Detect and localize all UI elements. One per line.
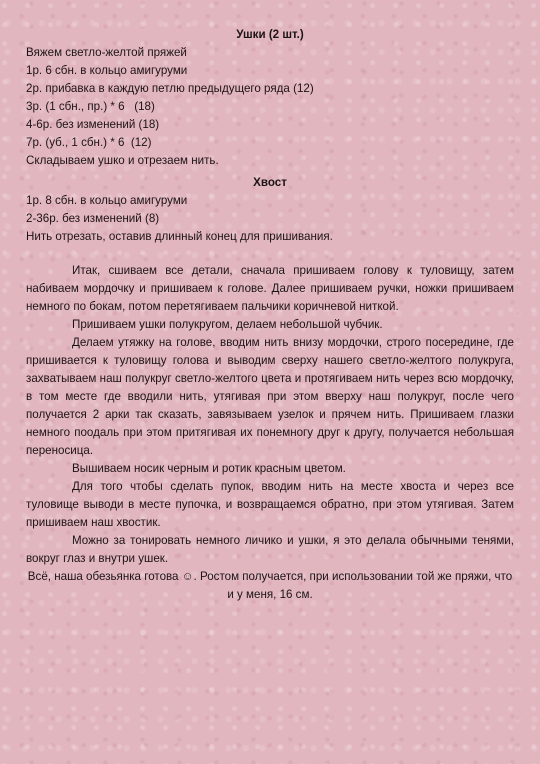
assembly-section: Итак, сшиваем все детали, сначала пришив… [26, 262, 514, 604]
assembly-paragraph: Для того чтобы сделать пупок, вводим нит… [26, 478, 514, 532]
tail-title: Хвост [26, 174, 514, 192]
assembly-paragraph: Пришиваем ушки полукругом, делаем неболь… [26, 316, 514, 334]
tail-line: 2-36р. без изменений (8) [26, 210, 514, 228]
ears-line: 2р. прибавка в каждую петлю предыдущего … [26, 80, 514, 98]
tail-line: 1р. 8 сбн. в кольцо амигуруми [26, 192, 514, 210]
tail-line: Нить отрезать, оставив длинный конец для… [26, 228, 514, 246]
assembly-paragraph: Можно за тонировать немного личико и ушк… [26, 532, 514, 568]
closing-paragraph: Всё, наша обезьянка готова ☺. Ростом пол… [26, 568, 514, 604]
ears-line: 3р. (1 сбн., пр.) * 6 (18) [26, 98, 514, 116]
tail-section: Хвост 1р. 8 сбн. в кольцо амигуруми 2-36… [26, 174, 514, 246]
assembly-paragraph: Вышиваем носик черным и ротик красным цв… [26, 460, 514, 478]
ears-section: Ушки (2 шт.) Вяжем светло-желтой пряжей … [26, 26, 514, 170]
ears-line: 4-6р. без изменений (18) [26, 116, 514, 134]
assembly-paragraph: Итак, сшиваем все детали, сначала пришив… [26, 262, 514, 316]
ears-line: 7р. (уб., 1 сбн.) * 6 (12) [26, 134, 514, 152]
document-page: Ушки (2 шт.) Вяжем светло-желтой пряжей … [0, 0, 540, 764]
ears-line: Вяжем светло-желтой пряжей [26, 44, 514, 62]
ears-title: Ушки (2 шт.) [26, 26, 514, 44]
ears-line: Складываем ушко и отрезаем нить. [26, 152, 514, 170]
ears-line: 1р. 6 сбн. в кольцо амигуруми [26, 62, 514, 80]
assembly-paragraph: Делаем утяжку на голове, вводим нить вни… [26, 334, 514, 460]
